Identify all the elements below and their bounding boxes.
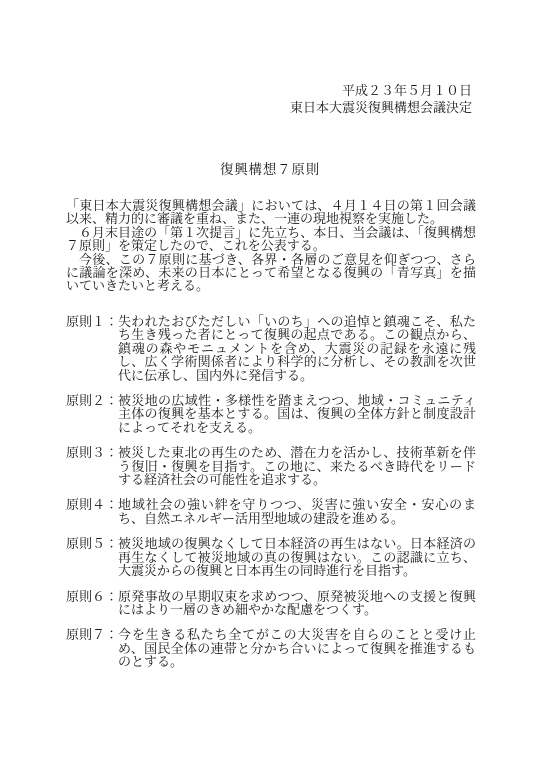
principle-label: 原則４： [66,499,118,526]
principle-item: 原則１： 失われたおびただしい「いのち」への追悼と鎮魂こそ、私たち生き残った者に… [66,316,476,383]
principle-label: 原則３： [66,447,118,487]
document-header: 平成２３年５月１０日 東日本大震災復興構想会議決定 [290,84,472,117]
principle-text: 今を生きる私たち全てがこの大災害を自らのことと受け止め、国民全体の連帯と分かち合… [118,629,476,669]
principle-item: 原則７： 今を生きる私たち全てがこの大災害を自らのことと受け止め、国民全体の連帯… [66,629,476,669]
principle-item: 原則５： 被災地域の復興なくして日本経済の再生はない。日本経済の再生なくして被災… [66,538,476,578]
principle-text: 地域社会の強い絆を守りつつ、災害に強い安全・安心のまち、自然エネルギー活用型地域… [118,499,476,526]
intro-section: 「東日本大震災復興構想会議」においては、４月１４日の第１回会議以来、精力的に審議… [66,200,476,294]
principle-text: 被災した東北の再生のため、潜在力を活かし、技術革新を伴う復旧・復興を目指す。この… [118,447,476,487]
principle-text: 原発事故の早期収束を求めつつ、原発被災地への支援と復興にはより一層のきめ細やかな… [118,591,476,618]
document-decided-by: 東日本大震災復興構想会議決定 [290,101,472,118]
principle-item: 原則３： 被災した東北の再生のため、潜在力を活かし、技術革新を伴う復旧・復興を目… [66,447,476,487]
principle-item: 原則４： 地域社会の強い絆を守りつつ、災害に強い安全・安心のまち、自然エネルギー… [66,499,476,526]
principle-label: 原則２： [66,395,118,435]
principle-text: 被災地域の復興なくして日本経済の再生はない。日本経済の再生なくして被災地域の真の… [118,538,476,578]
principle-label: 原則５： [66,538,118,578]
principle-label: 原則６： [66,591,118,618]
principle-label: 原則７： [66,629,118,669]
principle-label: 原則１： [66,316,118,383]
document-date: 平成２３年５月１０日 [290,84,472,101]
intro-paragraph: ６月末目途の「第１次提言」に先立ち、本日、当会議は、「復興構想７原則」を策定した… [66,227,476,254]
principle-text: 失われたおびただしい「いのち」への追悼と鎮魂こそ、私たち生き残った者にとって復興… [118,316,476,383]
document-page: 平成２３年５月１０日 東日本大震災復興構想会議決定 復興構想７原則 「東日本大震… [0,0,540,764]
intro-paragraph: 今後、この７原則に基づき、各界・各層のご意見を仰ぎつつ、さらに議論を深め、未来の… [66,254,476,294]
intro-paragraph: 「東日本大震災復興構想会議」においては、４月１４日の第１回会議以来、精力的に審議… [66,200,476,227]
principle-item: 原則６： 原発事故の早期収束を求めつつ、原発被災地への支援と復興にはより一層のき… [66,591,476,618]
principles-section: 原則１： 失われたおびただしい「いのち」への追悼と鎮魂こそ、私たち生き残った者に… [66,316,476,682]
document-title: 復興構想７原則 [0,158,540,178]
principle-item: 原則２： 被災地の広域性・多様性を踏まえつつ、地域・コミュニティ主体の復興を基本… [66,395,476,435]
principle-text: 被災地の広域性・多様性を踏まえつつ、地域・コミュニティ主体の復興を基本とする。国… [118,395,476,435]
